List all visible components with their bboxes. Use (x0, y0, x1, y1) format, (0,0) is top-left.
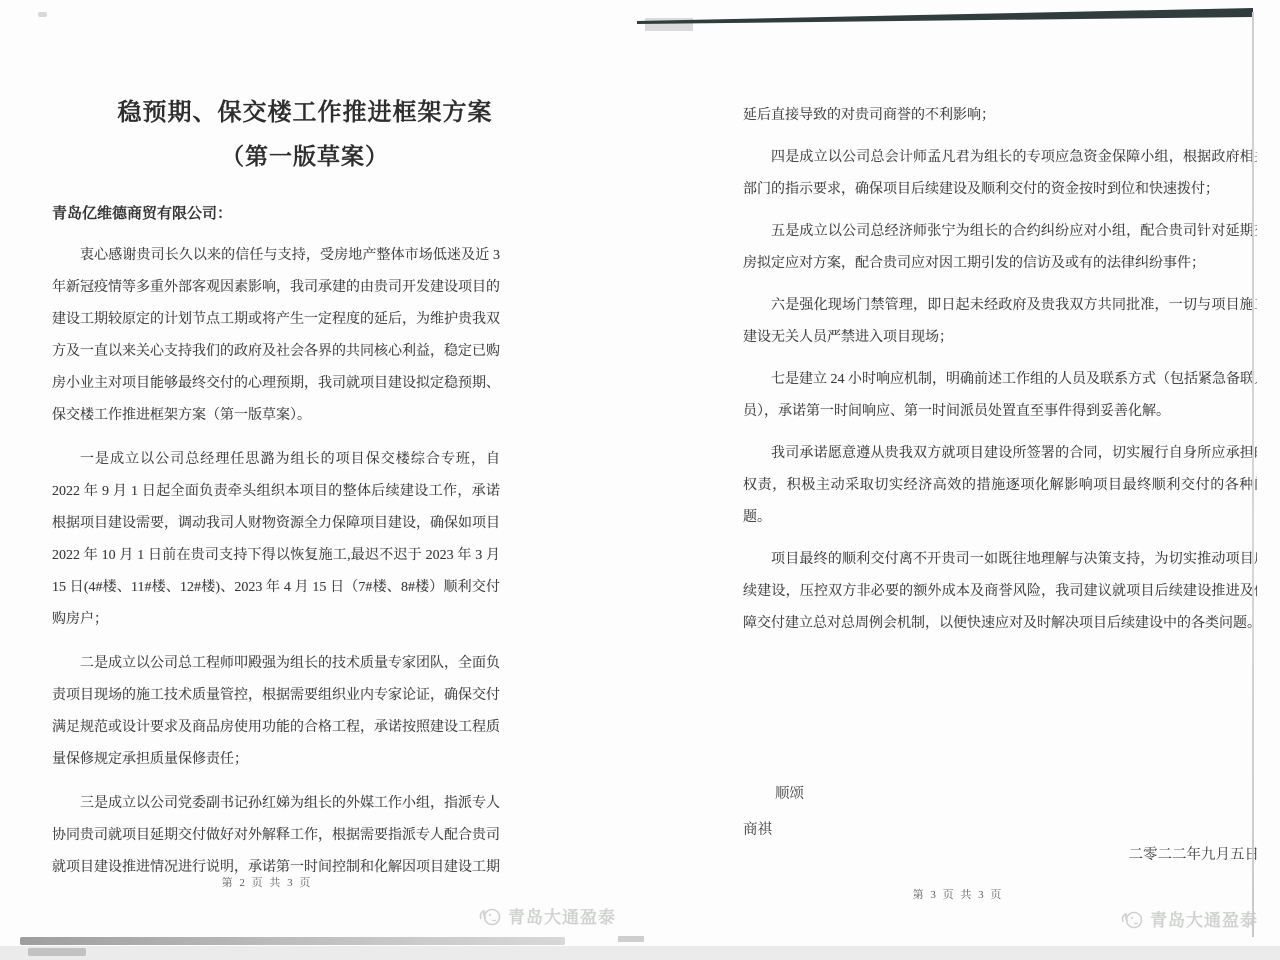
scan-blob-bottom-left (28, 948, 86, 956)
scanned-document-canvas: 稳预期、保交楼工作推进框架方案 （第一版草案） 青岛亿维德商贸有限公司： 衷心感… (0, 0, 1280, 960)
document-page-2: 稳预期、保交楼工作推进框架方案 （第一版草案） 青岛亿维德商贸有限公司： 衷心感… (0, 0, 640, 960)
paragraph-measure-3: 三是成立以公司党委副书记孙红娣为组长的外媒工作小组，指派专人协同贵司就项目延期交… (52, 788, 500, 884)
paragraph-measure-3-continued: 延后直接导致的对贵司商誉的不利影响； (743, 100, 1257, 132)
paragraph-measure-5: 五是成立以公司总经济师张宁为组长的合约纠纷应对小组，配合贵司针对延期交房拟定应对… (743, 216, 1257, 280)
page-2-footer: 第 2 页 共 3 页 (52, 874, 482, 890)
paragraph-measure-4: 四是成立以公司总会计师孟凡君为组长的专项应急资金保障小组，根据政府相关部门的指示… (743, 142, 1257, 206)
page-edge-line-right (1252, 12, 1254, 937)
paragraph-commitment: 我司承诺愿意遵从贵我双方就项目建设所签署的合同，切实履行自身所应承担的权责，积极… (743, 438, 1257, 534)
brand-logo-icon (1120, 908, 1144, 930)
paragraph-measure-7: 七是建立 24 小时响应机制，明确前述工作组的人员及联系方式（包括紧急备联人员）… (743, 364, 1257, 428)
scan-bottom-strip (0, 946, 1280, 960)
scan-dash-bottom-middle (618, 936, 644, 942)
addressee-line: 青岛亿维德商贸有限公司： (52, 202, 232, 223)
page-3-footer: 第 3 页 共 3 页 (743, 886, 1173, 902)
watermark-left: 青岛大通盈泰 (478, 903, 616, 928)
watermark-text: 青岛大通盈泰 (1150, 906, 1258, 931)
document-page-3: 延后直接导致的对贵司商誉的不利影响； 四是成立以公司总会计师孟凡君为组长的专项应… (645, 0, 1257, 960)
page-shadow-bar-left (20, 937, 565, 945)
page-3-body: 延后直接导致的对贵司商誉的不利影响； 四是成立以公司总会计师孟凡君为组长的专项应… (743, 100, 1257, 650)
document-title-line2: （第一版草案） (55, 138, 555, 171)
closing-word: 商祺 (743, 818, 772, 839)
watermark-right: 青岛大通盈泰 (1120, 906, 1258, 931)
paragraph-measure-1: 一是成立以公司总经理任思潞为组长的项目保交楼综合专班，自 2022 年 9 月 … (52, 444, 500, 636)
watermark-text: 青岛大通盈泰 (508, 903, 616, 928)
paragraph-intro: 衷心感谢贵司长久以来的信任与支持，受房地产整体市场低迷及近 3 年新冠疫情等多重… (52, 240, 500, 432)
scan-artifact-top-line (0, 0, 1280, 40)
paragraph-measure-2: 二是成立以公司总工程师叩殿强为组长的技术质量专家团队，全面负责项目现场的施工技术… (52, 648, 500, 776)
closing-salute: 顺颂 (775, 782, 804, 803)
paragraph-measure-6: 六是强化现场门禁管理，即日起未经政府及贵我双方共同批准，一切与项目施工建设无关人… (743, 290, 1257, 354)
document-title-line1: 稳预期、保交楼工作推进框架方案 (55, 92, 555, 127)
brand-logo-icon (478, 905, 502, 927)
page-2-body: 衷心感谢贵司长久以来的信任与支持，受房地产整体市场低迷及近 3 年新冠疫情等多重… (52, 240, 500, 896)
paragraph-conclusion: 项目最终的顺利交付离不开贵司一如既往地理解与决策支持，为切实推动项目后续建设，压… (743, 544, 1257, 640)
document-date: 二零二二年九月五日 (743, 843, 1257, 864)
